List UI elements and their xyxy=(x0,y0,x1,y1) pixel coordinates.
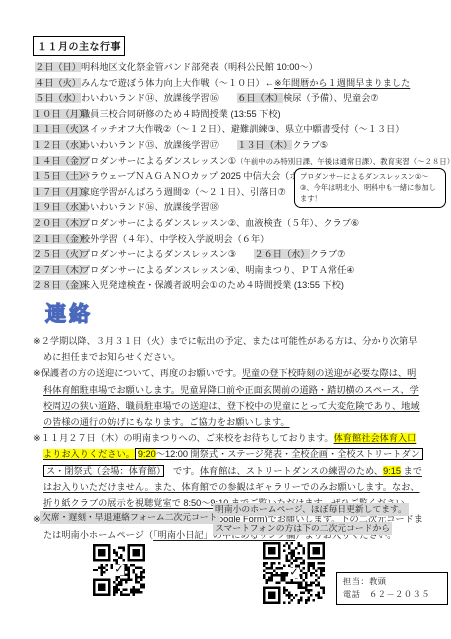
text-segment xyxy=(219,93,237,103)
notices-list: ※２学期以降、３月３１日（火）までに転出の予定、または可能性がある方は、分かり次… xyxy=(33,333,425,544)
event-row: ２５日（火）プロダンサーによるダンスレッスン③ ２６日（水）クラブ⑦ xyxy=(33,247,425,263)
event-date: ５日（水） xyxy=(35,93,81,103)
event-date: ２５日（火） xyxy=(33,249,88,259)
text-segment: クラブ⑦ xyxy=(310,249,346,259)
event-date: １３日（木） xyxy=(237,140,292,150)
check-icon: ✓ xyxy=(113,565,124,576)
event-date: １７日（月） xyxy=(33,187,88,197)
notices-heading: 連絡 xyxy=(45,298,425,328)
event-date: ２８日（金） xyxy=(33,280,88,290)
event-row: １１日（火）スイッチオフ大作戦②（～１２日）、避難訓練③、県立中願書受付（～１３… xyxy=(33,122,425,138)
text-segment: 校外学習（４年）、中学校入学説明会（６年） xyxy=(81,234,269,244)
text-segment: 9:20 xyxy=(138,449,156,459)
event-date: ６日（木） xyxy=(237,93,283,103)
event-date: ２７日（木） xyxy=(33,265,88,275)
contact-person: 担当：教頭 xyxy=(343,576,441,589)
text-segment: 検尿（予備）、児童会⑦ xyxy=(283,93,379,103)
text-segment: スイッチオフ大作戦②（～１２日）、避難訓練③、県立中願書受付（～１３日） xyxy=(81,124,404,134)
event-row: ５日（水）わいわいランド⑭、放課後学習⑯ ６日（木）検尿（予備）、児童会⑦ xyxy=(33,91,425,107)
event-row: ２０日（木）プロダンサーによるダンスレッスン②、血液検査（５年）、クラブ⑥ xyxy=(33,216,425,232)
dance-lesson-callout: プロダンサーによるダンスレッスン①～③、今年は明北小、明科中も一緒に参加します！ xyxy=(294,168,446,208)
event-date: ２１日（金） xyxy=(33,234,88,244)
text-segment: プロダンサーによるダンスレッスン① xyxy=(81,156,236,166)
text-segment: （午前中のみ特別日課、午後は通常日課）、教育実習（～２８日） xyxy=(236,157,451,166)
text-segment xyxy=(236,249,254,259)
text-segment: 来入児発達検査・保護者説明会①のため４時間授業 (13:55 下校) xyxy=(81,280,344,290)
text-segment: ※２学期以降、３月３１日（火）までに転出の予定、または可能性がある方は、分かり次… xyxy=(33,336,417,362)
event-date-column: ２日（日） xyxy=(33,60,81,76)
event-date-column: ４日（火） xyxy=(33,76,81,92)
event-date-column: １９日（水） xyxy=(33,200,81,216)
text-segment: わいわいランド⑮、放課後学習⑰ xyxy=(81,140,219,150)
notice-paragraph: ※２学期以降、３月３１日（火）までに転出の予定、または可能性がある方は、分かり次… xyxy=(33,333,425,365)
newsletter-page: １１月の主な行事 ２日（日）明科地区文化祭金管バンド部発表（明科公民館 10:0… xyxy=(33,36,425,544)
event-date: １５日（土） xyxy=(33,171,88,181)
event-row: ２日（日）明科地区文化祭金管バンド部発表（明科公民館 10:00～） xyxy=(33,60,425,76)
event-date-column: １４日（金） xyxy=(33,154,81,170)
event-date: ４日（火） xyxy=(35,78,81,88)
text-segment: ※１１月２７日（木）の明南まつりへの、ご来校をお待ちしております。 xyxy=(33,433,334,443)
event-date: １４日（金） xyxy=(33,156,88,166)
event-date-column: ２７日（木） xyxy=(33,263,81,279)
text-segment: 9:15 xyxy=(383,466,401,476)
qr-code-homepage: ✓ xyxy=(263,542,325,604)
event-row: ２１日（金）校外学習（４年）、中学校入学説明会（６年） xyxy=(33,232,425,248)
text-segment: ）よりお入りください。 xyxy=(295,530,396,540)
event-date-column: ５日（水） xyxy=(33,91,81,107)
text-segment: クラブ⑤ xyxy=(292,140,328,150)
notice-paragraph: ※１１月２７日（木）の明南まつりへの、ご来校をお待ちしております。体育館社会体育… xyxy=(33,430,425,511)
notice-paragraph: ※保護者の方の送迎について、再度のお願いです。児童の登下校時刻の送迎が必要な際は… xyxy=(33,365,425,430)
event-row: １０日（月）職員三校合同研修のため４時間授業 (13:55 下校) xyxy=(33,107,425,123)
event-date-column: １５日（土） xyxy=(33,169,81,185)
text-segment: わいわいランド⑯、放課後学習⑱ xyxy=(81,202,219,212)
event-date-column: ２８日（金） xyxy=(33,278,81,294)
text-segment: 家庭学習がんばろう週間②（～２１日）、引落日⑦ xyxy=(81,187,286,197)
event-row: ４日（火）みんなで遊ぼう体力向上大作戦（～１０日）←※年間暦から１週間早まりまし… xyxy=(33,76,425,92)
event-date-column: ２５日（火） xyxy=(33,247,81,263)
event-date-column: ２１日（金） xyxy=(33,232,81,248)
event-date-column: ２０日（木） xyxy=(33,216,81,232)
text-segment: わいわいランド⑭、放課後学習⑯ xyxy=(81,93,219,103)
event-date: ２６日（水） xyxy=(254,249,309,259)
text-segment: です。 xyxy=(164,466,200,476)
event-date: １１日（火） xyxy=(33,124,88,134)
event-date: ２日（日） xyxy=(35,62,81,72)
event-row: ２８日（金）来入児発達検査・保護者説明会①のため４時間授業 (13:55 下校) xyxy=(33,278,425,294)
text-segment: 明科地区文化祭金管バンド部発表（明科公民館 10:00～） xyxy=(81,62,318,72)
text-segment: プロダンサーによるダンスレッスン②、血液検査（５年）、クラブ⑥ xyxy=(81,218,359,228)
check-icon: ✓ xyxy=(288,568,299,579)
event-date-column: １７日（月） xyxy=(33,185,81,201)
event-date: １９日（水） xyxy=(33,202,88,212)
event-row: １４日（金）プロダンサーによるダンスレッスン①（午前中のみ特別日課、午後は通常日… xyxy=(33,154,425,170)
event-date: ２０日（木） xyxy=(33,218,88,228)
text-segment: ※年間暦から１週間早まりました xyxy=(274,78,410,88)
text-segment xyxy=(219,140,237,150)
callout-text: プロダンサーによるダンスレッスン①～③、今年は明北小、明科中も一緒に参加します！ xyxy=(300,172,436,203)
text-segment: みんなで遊ぼう体力向上大作戦（～１０日）← xyxy=(81,78,274,88)
notice-paragraph: ※ 欠席・遅刻・早退連絡をインターネット(Google Form)でお願いします… xyxy=(33,511,425,543)
event-date-column: １２日（水） xyxy=(33,138,81,154)
contact-phone: 電話 ６２－２０３５ xyxy=(343,589,441,602)
event-date: １２日（水） xyxy=(33,140,88,150)
events-title: １１月の主な行事 xyxy=(37,42,121,53)
events-title-box: １１月の主な行事 xyxy=(33,36,125,56)
text-segment: 職員三校合同研修のため４時間授業 (13:55 下校) xyxy=(81,109,281,119)
text-segment: プロダンサーによるダンスレッスン④、明南まつり、ＰＴＡ常任④ xyxy=(81,265,355,275)
event-date-column: １０日（月） xyxy=(33,107,81,123)
event-row: １２日（水）わいわいランド⑮、放課後学習⑰ １３日（木）クラブ⑤ xyxy=(33,138,425,154)
event-row: ２７日（木）プロダンサーによるダンスレッスン④、明南まつり、ＰＴＡ常任④ xyxy=(33,263,425,279)
text-segment: 体育館は、ストリートダンスの練習のため、 xyxy=(200,466,383,476)
text-segment: プロダンサーによるダンスレッスン③ xyxy=(81,249,236,259)
text-segment: ぜひご覧ください。 xyxy=(331,498,414,508)
contact-box: 担当：教頭 電話 ６２－２０３５ xyxy=(336,572,448,605)
qr-code-attendance-form: ✓ xyxy=(93,544,145,596)
text-segment: ※保護者の方の送迎について、再度のお願いです。 xyxy=(33,368,242,378)
event-date-column: １１日（火） xyxy=(33,122,81,138)
text-segment: 「明南小日記」の中にあるリンク欄 xyxy=(153,530,295,540)
event-date: １０日（月） xyxy=(33,109,88,119)
